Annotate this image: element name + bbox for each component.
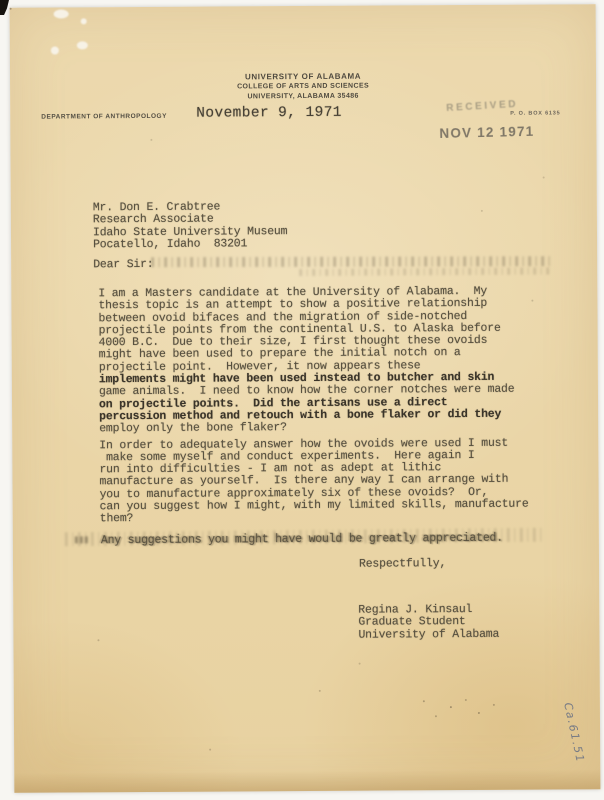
paper-damage-spot [77,41,88,49]
salutation: Dear Sir: [93,259,153,272]
scanned-letter: UNIVERSITY OF ALABAMA COLLEGE OF ARTS AN… [0,0,604,800]
catalog-number-note: Ca.61.51 [561,701,593,790]
signature-block: Regina J. KinsaulGraduate StudentUnivers… [358,604,499,642]
body-line: employ only the bone flaker? [99,421,528,436]
received-stamp: RECEIVED [446,99,518,114]
letter-body: I am a Masters candidate at the Universi… [98,286,528,526]
paper-damage-spot [54,9,69,18]
letterhead-college: COLLEGE OF ARTS AND SCIENCES [10,81,596,92]
ink-smudge [151,256,551,267]
paper-damage-spot [81,18,87,24]
letter-page: UNIVERSITY OF ALABAMA COLLEGE OF ARTS AN… [10,4,601,793]
letterhead-po-box: P. O. BOX 6135 [510,110,560,116]
recipient-line: Pocatello, Idaho 83201 [93,238,287,251]
ink-smudge [75,536,90,543]
signature-line: University of Alabama [358,628,499,641]
valediction: Respectfully, [359,558,446,571]
paragraph: I am a Masters candidate at the Universi… [98,286,528,436]
letterhead-department: DEPARTMENT OF ANTHROPOLOGY [41,113,167,121]
ink-smudge [299,267,551,276]
paper-damage-spot [51,46,59,54]
paragraph: In order to adequately answer how the ov… [99,437,528,526]
recipient-block: Mr. Don E. CrabtreeResearch AssociateIda… [93,201,288,251]
date-line: November 9, 1971 [196,105,342,122]
paper-speckles [10,8,12,10]
body-line: them? [100,511,529,526]
closing-line: Any suggestions you might have would be … [101,533,503,548]
scan-corner-artifact [0,0,9,15]
received-date-stamp: NOV 12 1971 [439,124,534,141]
